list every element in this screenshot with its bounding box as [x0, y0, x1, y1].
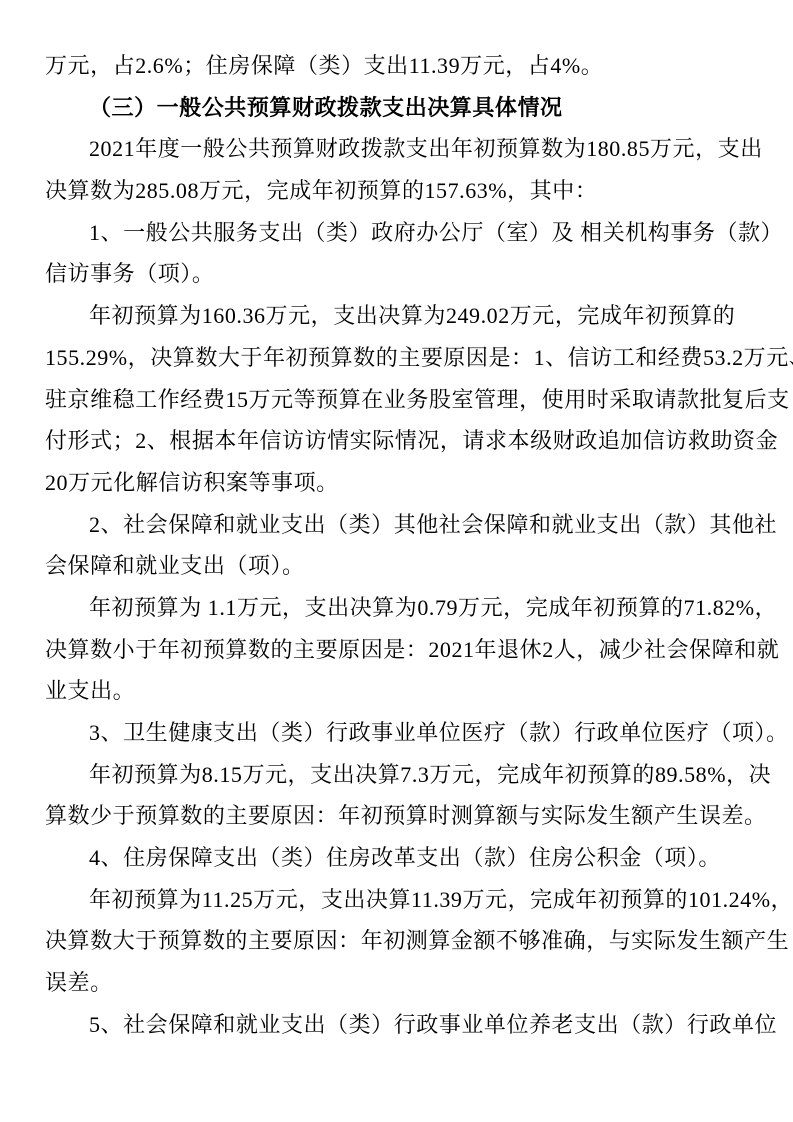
item-1-detail-line: 155.29%，决算数大于年初预算数的主要原因是：1、信访工和经费53.2万元、 [45, 337, 773, 379]
item-4-detail: 年初预算为11.25万元，支出决算11.39万元，完成年初预算的101.24%，… [45, 879, 773, 1004]
item-5-title: 5、社会保障和就业支出（类）行政事业单位养老支出（款）行政单位 [45, 1004, 773, 1046]
item-1-title: 1、一般公共服务支出（类）政府办公厅（室）及 相关机构事务（款）信访事务（项）。 [45, 212, 773, 295]
item-4-title: 4、住房保障支出（类）住房改革支出（款）住房公积金（项）。 [45, 837, 773, 879]
item-2-title-line: 2、社会保障和就业支出（类）其他社会保障和就业支出（款）其他社 [45, 504, 773, 546]
item-1-detail-line: 付形式；2、根据本年信访访情实际情况，请求本级财政追加信访救助资金 [45, 420, 773, 462]
item-1-detail: 年初预算为160.36万元，支出决算为249.02万元，完成年初预算的155.2… [45, 295, 773, 503]
item-3-title: 3、卫生健康支出（类）行政事业单位医疗（款）行政单位医疗（项）。 [45, 712, 773, 754]
item-1-title-line: 信访事务（项）。 [45, 253, 773, 295]
item-2-detail-line: 决算数小于年初预算数的主要原因是：2021年退休2人，减少社会保障和就 [45, 629, 773, 671]
intro-paragraph-line: 2021年度一般公共预算财政拨款支出年初预算数为180.85万元，支出 [45, 128, 773, 170]
item-2-title-line: 会保障和就业支出（项）。 [45, 545, 773, 587]
carryover-paragraph: 万元，占2.6%；住房保障（类）支出11.39万元，占4%。 [45, 45, 773, 87]
item-3-detail: 年初预算为8.15万元，支出决算7.3万元，完成年初预算的89.58%，决算数少… [45, 754, 773, 837]
item-1-detail-line: 年初预算为160.36万元，支出决算为249.02万元，完成年初预算的 [45, 295, 773, 337]
item-4-detail-line: 年初预算为11.25万元，支出决算11.39万元，完成年初预算的101.24%， [45, 879, 773, 921]
section-heading-line: （三）一般公共预算财政拨款支出决算具体情况 [45, 87, 773, 129]
item-5-title-line: 5、社会保障和就业支出（类）行政事业单位养老支出（款）行政单位 [45, 1004, 773, 1046]
item-1-detail-line: 驻京维稳工作经费15万元等预算在业务股室管理，使用时采取请款批复后支 [45, 379, 773, 421]
item-3-title-line: 3、卫生健康支出（类）行政事业单位医疗（款）行政单位医疗（项）。 [45, 712, 773, 754]
item-2-detail-line: 年初预算为 1.1万元，支出决算为0.79万元，完成年初预算的71.82%， [45, 587, 773, 629]
item-2-title: 2、社会保障和就业支出（类）其他社会保障和就业支出（款）其他社会保障和就业支出（… [45, 504, 773, 587]
item-2-detail: 年初预算为 1.1万元，支出决算为0.79万元，完成年初预算的71.82%，决算… [45, 587, 773, 712]
item-1-detail-line: 20万元化解信访积案等事项。 [45, 462, 773, 504]
intro-paragraph-line: 决算数为285.08万元，完成年初预算的157.63%，其中： [45, 170, 773, 212]
item-3-detail-line: 算数少于预算数的主要原因：年初预算时测算额与实际发生额产生误差。 [45, 795, 773, 837]
item-4-detail-line: 误差。 [45, 962, 773, 1004]
section-heading: （三）一般公共预算财政拨款支出决算具体情况 [45, 87, 773, 129]
item-1-title-line: 1、一般公共服务支出（类）政府办公厅（室）及 相关机构事务（款） [45, 212, 773, 254]
document-body: 万元，占2.6%；住房保障（类）支出11.39万元，占4%。（三）一般公共预算财… [45, 45, 773, 1046]
document-page: 万元，占2.6%；住房保障（类）支出11.39万元，占4%。（三）一般公共预算财… [0, 0, 793, 1122]
item-4-detail-line: 决算数大于预算数的主要原因：年初测算金额不够准确，与实际发生额产生 [45, 920, 773, 962]
intro-paragraph: 2021年度一般公共预算财政拨款支出年初预算数为180.85万元，支出决算数为2… [45, 128, 773, 211]
item-3-detail-line: 年初预算为8.15万元，支出决算7.3万元，完成年初预算的89.58%，决 [45, 754, 773, 796]
item-2-detail-line: 业支出。 [45, 670, 773, 712]
carryover-paragraph-line: 万元，占2.6%；住房保障（类）支出11.39万元，占4%。 [45, 45, 773, 87]
item-4-title-line: 4、住房保障支出（类）住房改革支出（款）住房公积金（项）。 [45, 837, 773, 879]
